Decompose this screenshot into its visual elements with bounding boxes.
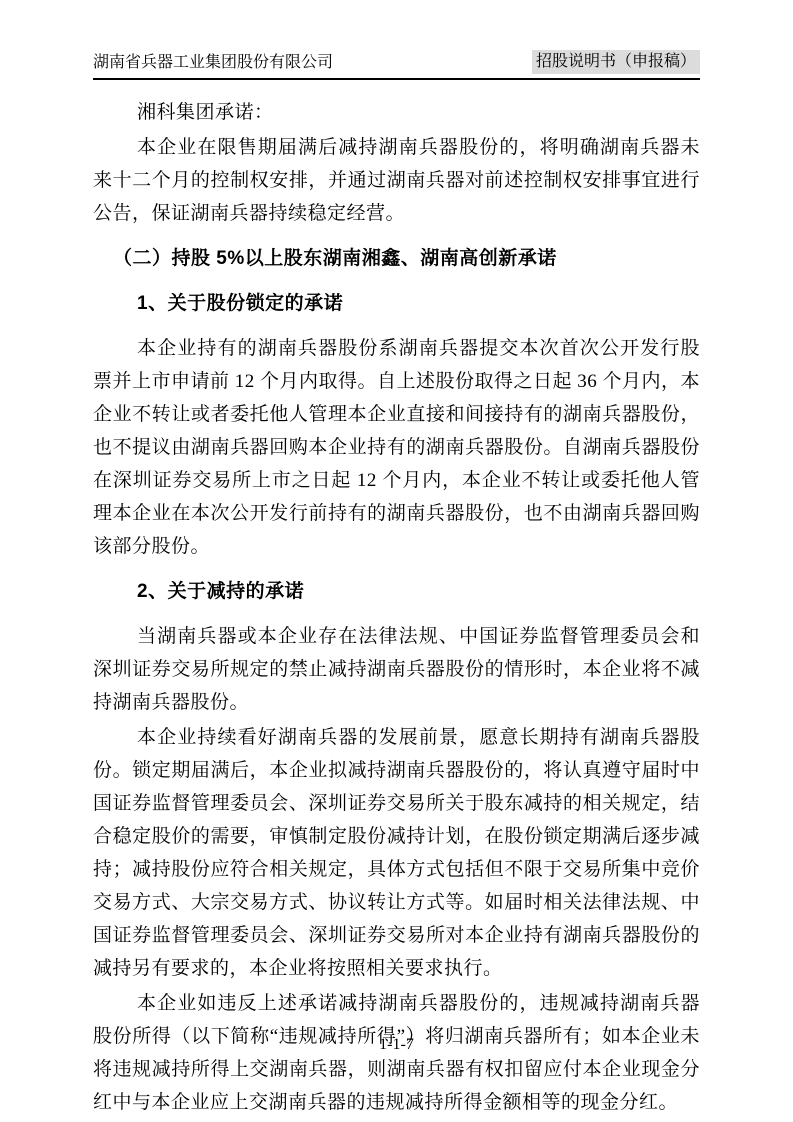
paragraph-share-lockup: 本企业持有的湖南兵器股份系湖南兵器提交本次首次公开发行股票并上市申请前 12 个… (93, 332, 700, 563)
page-footer: 1-1-7 (0, 1036, 793, 1054)
subsection-heading-share-reduction: 2、关于减持的承诺 (93, 575, 700, 608)
prospectus-page: 湖南省兵器工业集团股份有限公司 招股说明书（申报稿） 湘科集团承诺： 本企业在限… (0, 0, 793, 1122)
document-body: 湘科集团承诺： 本企业在限售期届满后减持湖南兵器股份的，将明确湖南兵器未来十二个… (93, 80, 700, 1119)
header-doc-type-badge: 招股说明书（申报稿） (532, 50, 700, 74)
subsection-heading-share-lockup: 1、关于股份锁定的承诺 (93, 287, 700, 320)
paragraph-reduction-prohibition: 当湖南兵器或本企业存在法律法规、中国证券监督管理委员会和深圳证券交易所规定的禁止… (93, 620, 700, 719)
page-header: 湖南省兵器工业集团股份有限公司 招股说明书（申报稿） (93, 50, 700, 80)
section-heading-shareholders-over-5pct: （二）持股 5%以上股东湖南湘鑫、湖南高创新承诺 (93, 242, 700, 275)
paragraph-reduction-plan: 本企业持续看好湖南兵器的发展前景，愿意长期持有湖南兵器股份。锁定期届满后，本企业… (93, 721, 700, 985)
page-number: 1-1-7 (379, 1036, 414, 1053)
header-company-name: 湖南省兵器工业集团股份有限公司 (93, 52, 333, 74)
paragraph-xiangke-commitment: 本企业在限售期届满后减持湖南兵器股份的，将明确湖南兵器未来十二个月的控制权安排，… (93, 131, 700, 230)
paragraph-xiangke-commitment-lead: 湘科集团承诺： (93, 96, 700, 129)
